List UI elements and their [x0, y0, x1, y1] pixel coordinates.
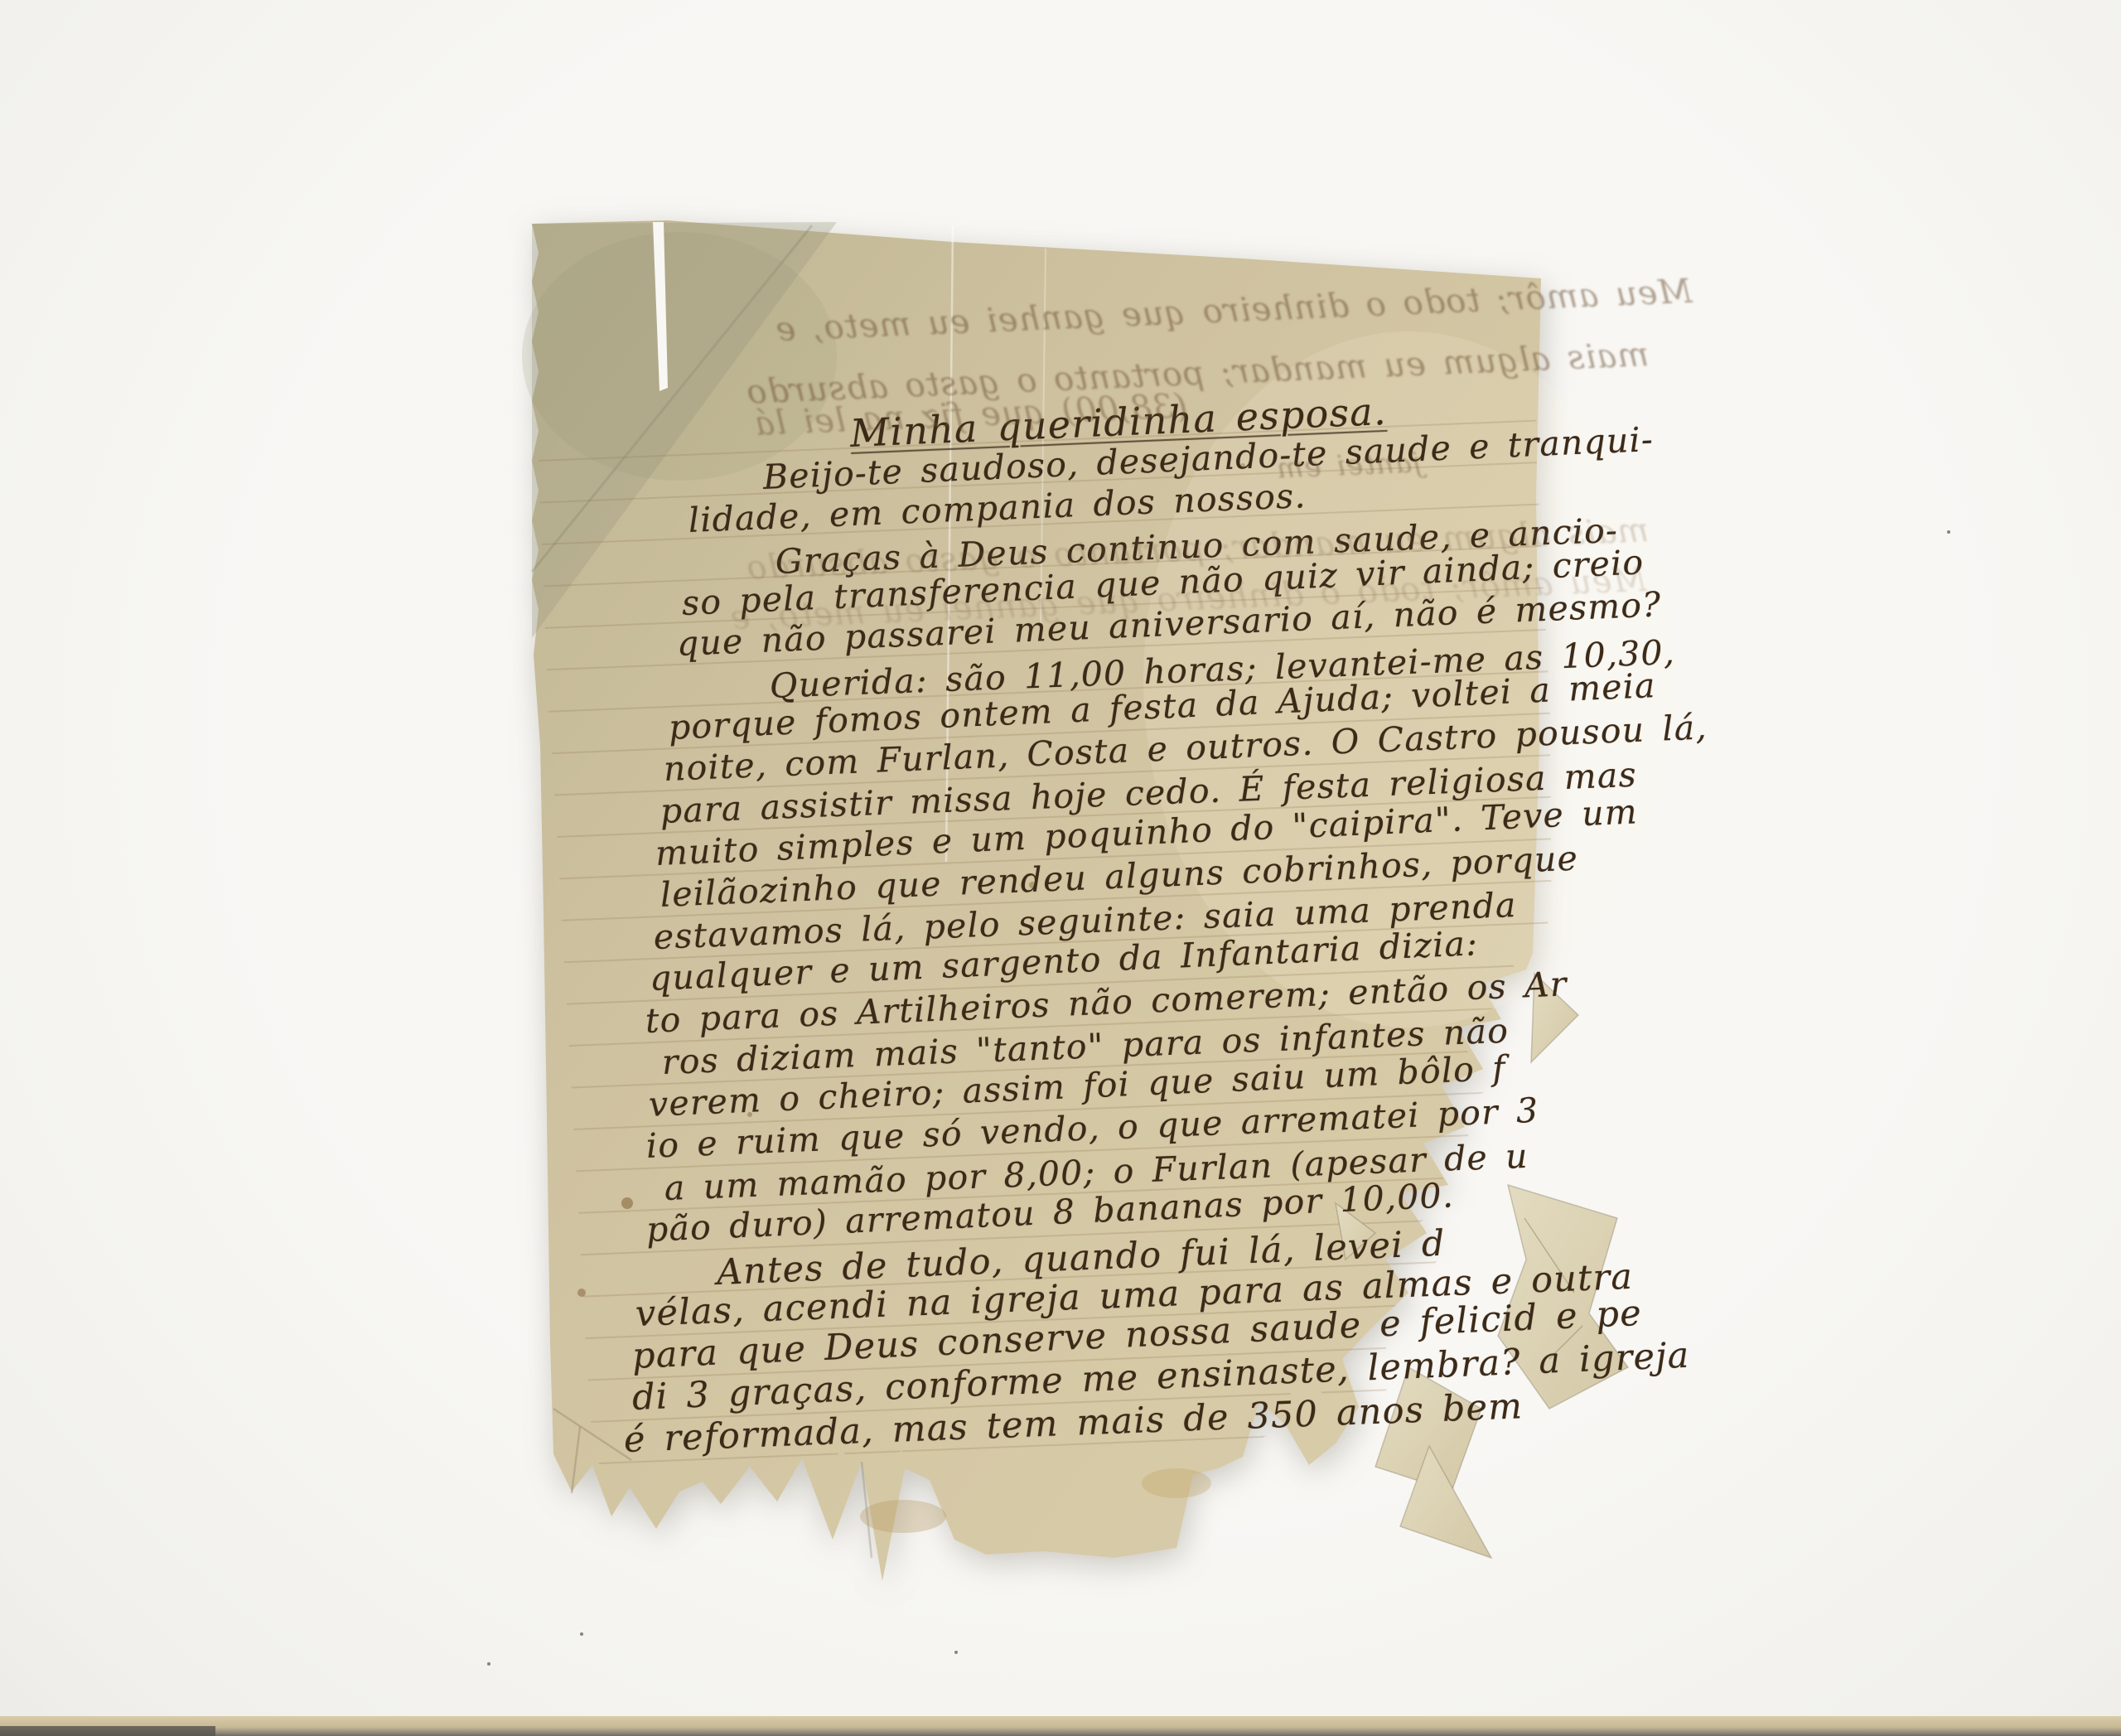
dust-speck — [954, 1651, 958, 1654]
dust-speck — [580, 1632, 583, 1636]
photo-background: Minha queridinha esposa. Beijo-te saudos… — [0, 0, 2121, 1736]
bleed-through-line: Meu amôr; todo o dinheiro que ganhei eu … — [775, 273, 1693, 349]
dust-speck — [1947, 530, 1950, 534]
table-edge-strip — [0, 1716, 2121, 1736]
bleed-through-line: jantei em — [1275, 446, 1422, 485]
table-edge-shadow — [0, 1726, 215, 1736]
dust-speck — [487, 1662, 490, 1666]
handwriting-layer: Minha queridinha esposa. Beijo-te saudos… — [0, 0, 2121, 1736]
